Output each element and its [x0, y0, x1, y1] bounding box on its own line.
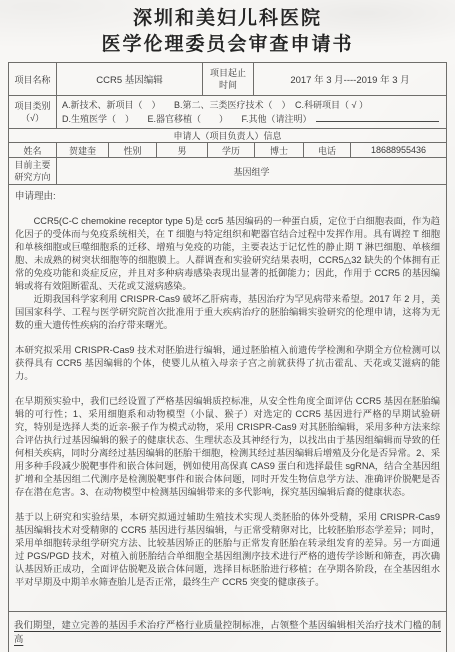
hospital-name: 深圳和美妇儿科医院 — [0, 6, 455, 32]
project-name-label: 项目名称 — [9, 63, 56, 95]
name-label: 姓名 — [9, 143, 56, 157]
reason-body: CCR5(C-C chemokine receptor type 5)是 ccr… — [15, 215, 440, 589]
row-project-category: 项目类别 （√） A.新技术、新项目（ ） B.第二、三类医疗技术（ ） C.科… — [9, 96, 446, 129]
project-period-label-line1: 项目起止 — [210, 67, 246, 79]
reason-label: 申请理由: — [15, 190, 440, 203]
category-options-line1-text: A.新技术、新项目（ ） B.第二、三类医疗技术（ ） C.科研项目（ √ ） — [62, 98, 368, 112]
research-direction-label-line1: 目前主要 — [14, 159, 50, 171]
reason-paragraph: 基于以上研究和实验结果，本研究拟通过辅助生殖技术实现人类胚胎的体外受精，采用 C… — [15, 511, 440, 589]
category-checkmark-hint: （√） — [21, 112, 44, 124]
reason-paragraph: CCR5(C-C chemokine receptor type 5)是 ccr… — [15, 215, 440, 293]
footer-statement: 我们期望，建立完善的基因手术治疗严格行业质量控制标准，占领整个基因编辑相关治疗技… — [14, 618, 441, 646]
category-options-line1: A.新技术、新项目（ ） B.第二、三类医疗技术（ ） C.科研项目（ √ ） — [62, 98, 441, 112]
research-direction-value: 基因组学 — [56, 158, 446, 184]
research-direction-label: 目前主要 研究方向 — [9, 158, 56, 184]
project-period-label: 项目起止 时间 — [202, 63, 253, 95]
phone-label: 电话 — [303, 143, 350, 157]
row-research-direction: 目前主要 研究方向 基因组学 — [9, 158, 446, 185]
project-period-label-line2: 时间 — [219, 79, 237, 91]
row-footer-statement: 我们期望，建立完善的基因手术治疗严格行业质量控制标准，占领整个基因编辑相关治疗技… — [9, 612, 446, 652]
application-form-table: 项目名称 CCR5 基因编辑 项目起止 时间 2017 年 3 月----201… — [8, 62, 447, 652]
category-label-text: 项目类别 — [14, 100, 50, 112]
category-options-line2: D.生殖医学（ ） E.器官移植（ ） F.其他（请注明） — [62, 112, 441, 126]
row-project-name: 项目名称 CCR5 基因编辑 项目起止 时间 2017 年 3 月----201… — [9, 63, 446, 96]
name-value: 贺建奎 — [56, 143, 108, 157]
scanned-document-page: 深圳和美妇儿科医院 医学伦理委员会审查申请书 项目名称 CCR5 基因编辑 项目… — [0, 0, 455, 652]
project-name-value: CCR5 基因编辑 — [56, 63, 202, 95]
application-reason-section: 申请理由: CCR5(C-C chemokine receptor type 5… — [9, 185, 446, 612]
category-options: A.新技术、新项目（ ） B.第二、三类医疗技术（ ） C.科研项目（ √ ） … — [56, 96, 446, 128]
reason-paragraph: 本研究拟采用 CRISPR-Cas9 技术对胚胎进行编辑，通过胚胎植入前遗传学检… — [15, 344, 440, 383]
category-options-line2-text: D.生殖医学（ ） E.器官移植（ ） F.其他（请注明） — [62, 112, 312, 126]
applicant-section-title: 申请人（项目负责人）信息 — [9, 129, 446, 142]
gender-value: 男 — [156, 143, 207, 157]
row-applicant-info: 姓名 贺建奎 性别 男 学历 博士 电话 18688955436 — [9, 143, 446, 158]
phone-value: 18688955436 — [350, 143, 446, 157]
gender-label: 性别 — [108, 143, 156, 157]
category-label: 项目类别 （√） — [9, 96, 56, 128]
research-direction-label-line2: 研究方向 — [14, 171, 50, 183]
project-period-value: 2017 年 3 月----2019 年 3 月 — [253, 63, 446, 95]
degree-value: 博士 — [254, 143, 303, 157]
form-title: 医学伦理委员会审查申请书 — [0, 32, 455, 58]
reason-paragraph: 在早期预实验中，我们已经设置了严格基因编辑质控标准，从安全性角度全面评估 CCR… — [15, 395, 440, 499]
other-category-fill-line — [316, 112, 439, 122]
row-applicant-section-header: 申请人（项目负责人）信息 — [9, 129, 446, 143]
degree-label: 学历 — [207, 143, 254, 157]
reason-paragraph: 近期我国科学家利用 CRISPR-Cas9 破坏乙肝病毒，基因治疗为罕见病带来希… — [15, 293, 440, 332]
document-header: 深圳和美妇儿科医院 医学伦理委员会审查申请书 — [0, 0, 455, 58]
